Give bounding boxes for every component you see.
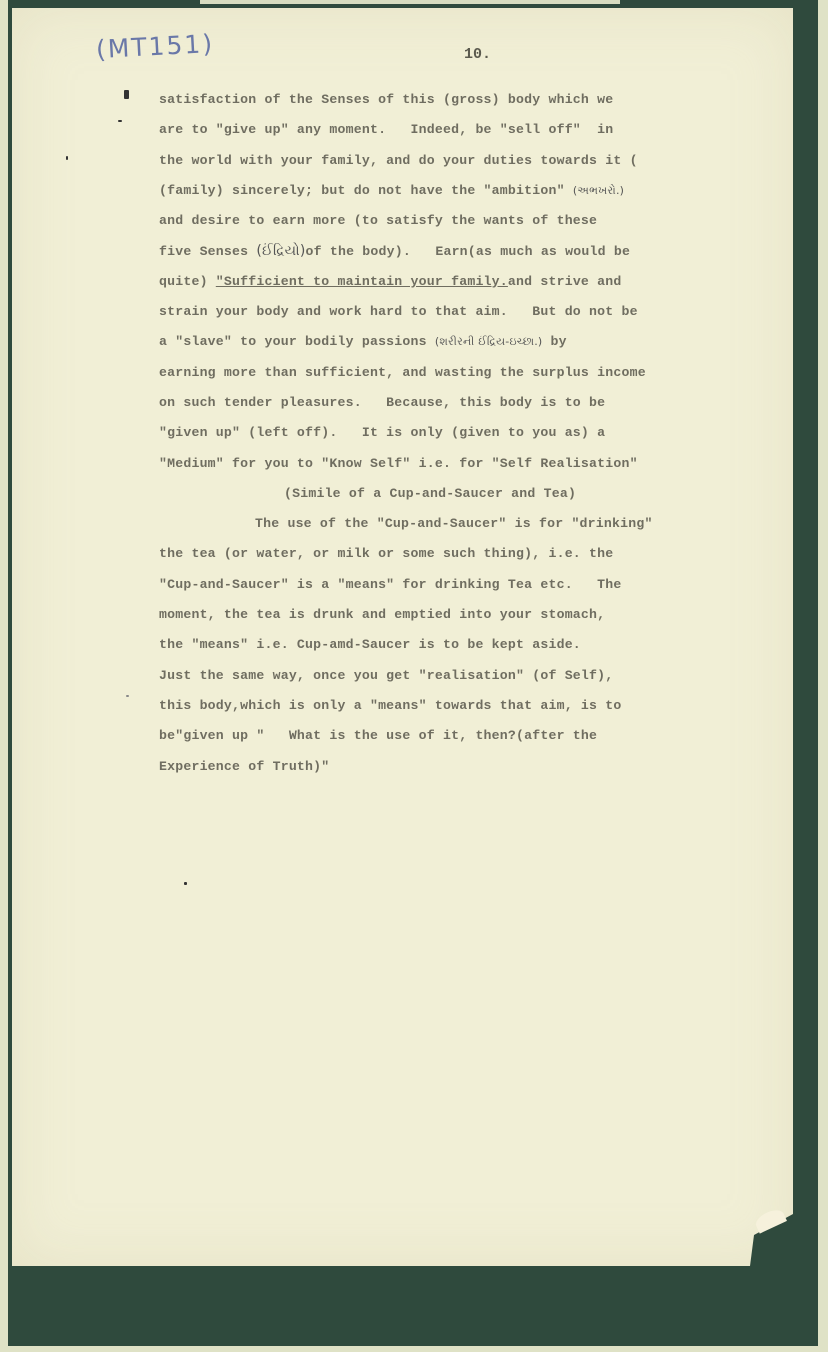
text-line: Experience of Truth)" xyxy=(159,752,799,782)
line-text: five Senses xyxy=(159,244,256,259)
ink-speck-mark xyxy=(66,156,68,160)
text-line: the "means" i.e. Cup-amd-Saucer is to be… xyxy=(159,630,799,660)
top-edge-strip xyxy=(200,0,620,4)
ink-speck-mark xyxy=(118,120,122,122)
text-line: on such tender pleasures. Because, this … xyxy=(159,388,799,418)
typewritten-page: (MT151) 10. satisfaction of the Senses o… xyxy=(12,8,793,1266)
ink-blot-mark xyxy=(124,90,129,99)
text-line: are to "give up" any moment. Indeed, be … xyxy=(159,115,799,145)
body-text: satisfaction of the Senses of this (gros… xyxy=(159,85,799,782)
gujarati-annotation: (ઈંદ્રિયો) xyxy=(256,243,305,259)
text-line: The use of the "Cup-and-Saucer" is for "… xyxy=(159,509,799,539)
underlined-phrase: "Sufficient to maintain your family. xyxy=(216,274,508,289)
text-line: five Senses (ઈંદ્રિયો)of the body). Earn… xyxy=(159,236,799,266)
text-line: "Medium" for you to "Know Self" i.e. for… xyxy=(159,449,799,479)
line-text: by xyxy=(542,334,566,349)
text-line: (family) sincerely; but do not have the … xyxy=(159,176,799,206)
text-line: "given up" (left off). It is only (given… xyxy=(159,418,799,448)
gujarati-annotation: (શરીરની ઈંદ્રિય-ઇચ્છા.) xyxy=(435,335,543,348)
text-line: be"given up " What is the use of it, the… xyxy=(159,721,799,751)
text-line: satisfaction of the Senses of this (gros… xyxy=(159,85,799,115)
ink-speck-mark xyxy=(126,695,129,697)
text-line: and desire to earn more (to satisfy the … xyxy=(159,206,799,236)
line-text: of the body). Earn(as much as would be xyxy=(306,244,631,259)
page-number: 10. xyxy=(464,46,491,63)
text-line: the world with your family, and do your … xyxy=(159,146,799,176)
section-heading: (Simile of a Cup-and-Saucer and Tea) xyxy=(159,479,799,509)
gujarati-annotation: (અભખરો.) xyxy=(573,184,624,197)
text-line: a "slave" to your bodily passions (શરીરન… xyxy=(159,327,799,357)
text-line: quite) "Sufficient to maintain your fami… xyxy=(159,267,799,297)
text-line: earning more than sufficient, and wastin… xyxy=(159,358,799,388)
text-line: Just the same way, once you get "realisa… xyxy=(159,661,799,691)
text-line: "Cup-and-Saucer" is a "means" for drinki… xyxy=(159,570,799,600)
text-line: this body,which is only a "means" toward… xyxy=(159,691,799,721)
text-line: strain your body and work hard to that a… xyxy=(159,297,799,327)
text-line: the tea (or water, or milk or some such … xyxy=(159,539,799,569)
handwritten-reference: (MT151) xyxy=(95,29,214,64)
ink-speck-mark xyxy=(184,882,187,885)
text-line: moment, the tea is drunk and emptied int… xyxy=(159,600,799,630)
line-text: a "slave" to your bodily passions xyxy=(159,334,435,349)
line-text: quite) xyxy=(159,274,216,289)
line-text: and strive and xyxy=(508,274,622,289)
line-text: (family) sincerely; but do not have the … xyxy=(159,183,573,198)
